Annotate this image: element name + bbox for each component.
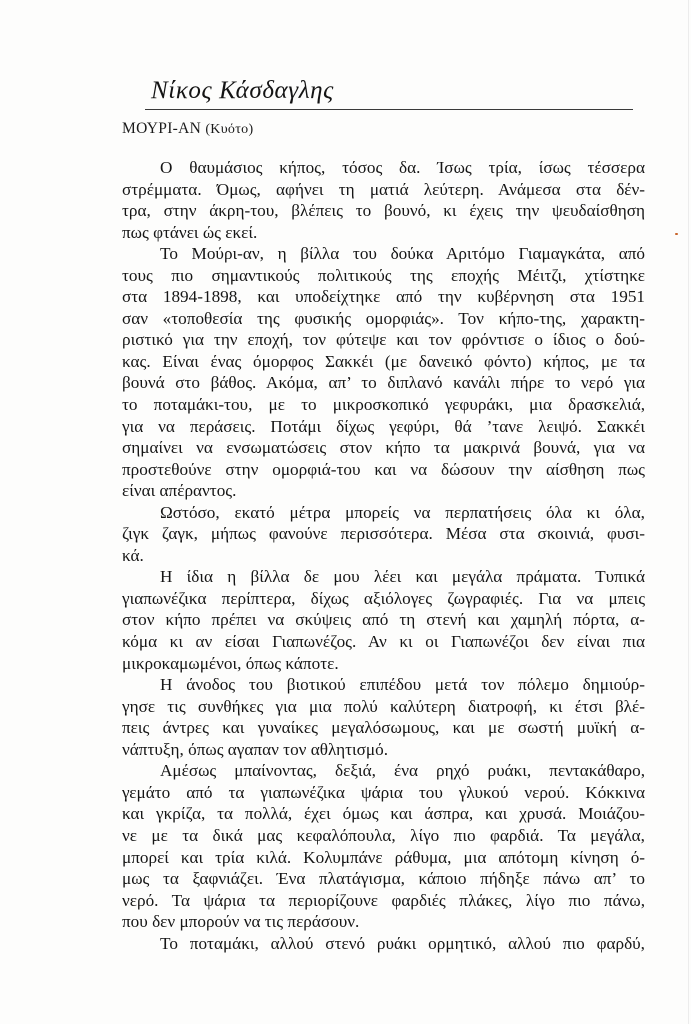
text-line: ζιγκ ζαγκ, μήπως φανούνε περισσότερα. Μέ…: [122, 523, 645, 545]
text-line: μως τα ξαφνιάζει. Ένα πλατάγισμα, κάποιο…: [122, 868, 645, 890]
paragraph: Ωστόσο, εκατό μέτρα μπορείς να περπατήσε…: [122, 502, 645, 567]
text-line: προστεθούνε στην ομορφιά-του και να δώσο…: [122, 459, 645, 481]
text-line: μικροκαμωμένοι, όπως κάποτε.: [122, 653, 645, 675]
text-line: στα 1894-1898, και υποδείχτηκε από την κ…: [122, 286, 645, 308]
page-edge: [688, 0, 689, 1024]
paragraph: Το ποταμάκι, αλλού στενό ρυάκι ορμητικό,…: [122, 933, 645, 955]
text-line: στρέμματα. Όμως, αφήνει τη ματιά λεύτερη…: [122, 179, 645, 201]
text-line: Ο θαυμάσιος κήπος, τόσος δα. Ίσως τρία, …: [122, 157, 645, 179]
scan-speck: [675, 233, 678, 235]
text-line: γιαπωνέζικα περίπτερα, δίχως αξιόλογες ζ…: [122, 588, 645, 610]
text-line: Αμέσως μπαίνοντας, δεξιά, ένα ρηχό ρυάκι…: [122, 760, 645, 782]
text-line: τρα, στην άκρη-του, βλέπεις το βουνό, κι…: [122, 200, 645, 222]
text-line: Η άνοδος του βιοτικού επιπέδου μετά τον …: [122, 674, 645, 696]
text-line: κας. Είναι ένας όμορφος Σακκέι (με δανει…: [122, 351, 645, 373]
text-line: πεις άντρες και γυναίκες μεγαλόσωμους, κ…: [122, 717, 645, 739]
text-line: Το Μούρι-αν, η βίλλα του δούκα Αριτόμο Γ…: [122, 243, 645, 265]
text-line: το ποταμάκι-του, με το μικροσκοπικό γεφυ…: [122, 394, 645, 416]
text-line: και γκρίζα, τα πολλά, έχει όμως και άσπρ…: [122, 803, 645, 825]
text-line: μπορεί και τρία κιλά. Κολυμπάνε ράθυμα, …: [122, 847, 645, 869]
text-line: που δεν μπορούν να τις περάσουν.: [122, 911, 645, 933]
text-line: γησε τις συνθήκες για μια πολύ καλύτερη …: [122, 696, 645, 718]
text-line: για να περάσεις. Ποτάμι δίχως γεφύρι, θά…: [122, 416, 645, 438]
paragraph: Ο θαυμάσιος κήπος, τόσος δα. Ίσως τρία, …: [122, 157, 645, 243]
body-text: Ο θαυμάσιος κήπος, τόσος δα. Ίσως τρία, …: [122, 157, 645, 954]
text-line: νερό. Τα ψάρια τα περιορίζουνε φαρδιές π…: [122, 890, 645, 912]
text-line: πως φτάνει ώς εκεί.: [122, 222, 645, 244]
text-line: σαν «τοποθεσία της φυσικής ομορφιάς». Το…: [122, 308, 645, 330]
text-line: είναι απέραντος.: [122, 480, 645, 502]
section-title-location: (Κυότο): [205, 122, 253, 137]
text-line: νε με τα δικά μας κεφαλόπουλα, λίγο πιο …: [122, 825, 645, 847]
text-line: Η ίδια η βίλλα δε μου λέει και μεγάλα πρ…: [122, 566, 645, 588]
text-line: βουνά στο βάθος. Ακόμα, απ’ το διπλανό κ…: [122, 372, 645, 394]
section-title: ΜΟΥΡΙ-ΑΝ (Κυότο): [122, 120, 253, 138]
text-line: νάπτυξη, όπως αγαπαν τον αθλητισμό.: [122, 739, 645, 761]
author-name: Νίκος Κάσδαγλης: [145, 76, 645, 106]
text-line: τους πιο σημαντικούς πολιτικούς της εποχ…: [122, 265, 645, 287]
text-line: ριστικό για την εποχή, τον φύτεψε και το…: [122, 329, 645, 351]
paragraph: Αμέσως μπαίνοντας, δεξιά, ένα ρηχό ρυάκι…: [122, 760, 645, 932]
paragraph: Το Μούρι-αν, η βίλλα του δούκα Αριτόμο Γ…: [122, 243, 645, 502]
text-line: Το ποταμάκι, αλλού στενό ρυάκι ορμητικό,…: [122, 933, 645, 955]
book-page: Νίκος Κάσδαγλης ΜΟΥΡΙ-ΑΝ (Κυότο) Ο θαυμά…: [0, 0, 691, 1024]
text-line: Ωστόσο, εκατό μέτρα μπορείς να περπατήσε…: [122, 502, 645, 524]
text-line: κόμα κι αν είσαι Γιαπωνέζος. Αν κι οι Γι…: [122, 631, 645, 653]
running-header: Νίκος Κάσδαγλης: [145, 76, 645, 110]
text-line: σημαίνει να ενσωματώσεις στον κήπο τα μα…: [122, 437, 645, 459]
text-line: κά.: [122, 545, 645, 567]
section-title-main: ΜΟΥΡΙ-ΑΝ: [122, 120, 201, 137]
text-line: γεμάτο από τα γιαπωνέζικα ψάρια του γλυκ…: [122, 782, 645, 804]
paragraph: Η ίδια η βίλλα δε μου λέει και μεγάλα πρ…: [122, 566, 645, 674]
header-rule: [145, 109, 633, 110]
paragraph: Η άνοδος του βιοτικού επιπέδου μετά τον …: [122, 674, 645, 760]
text-line: στον κήπο πρέπει να σκύψεις από τη στενή…: [122, 609, 645, 631]
